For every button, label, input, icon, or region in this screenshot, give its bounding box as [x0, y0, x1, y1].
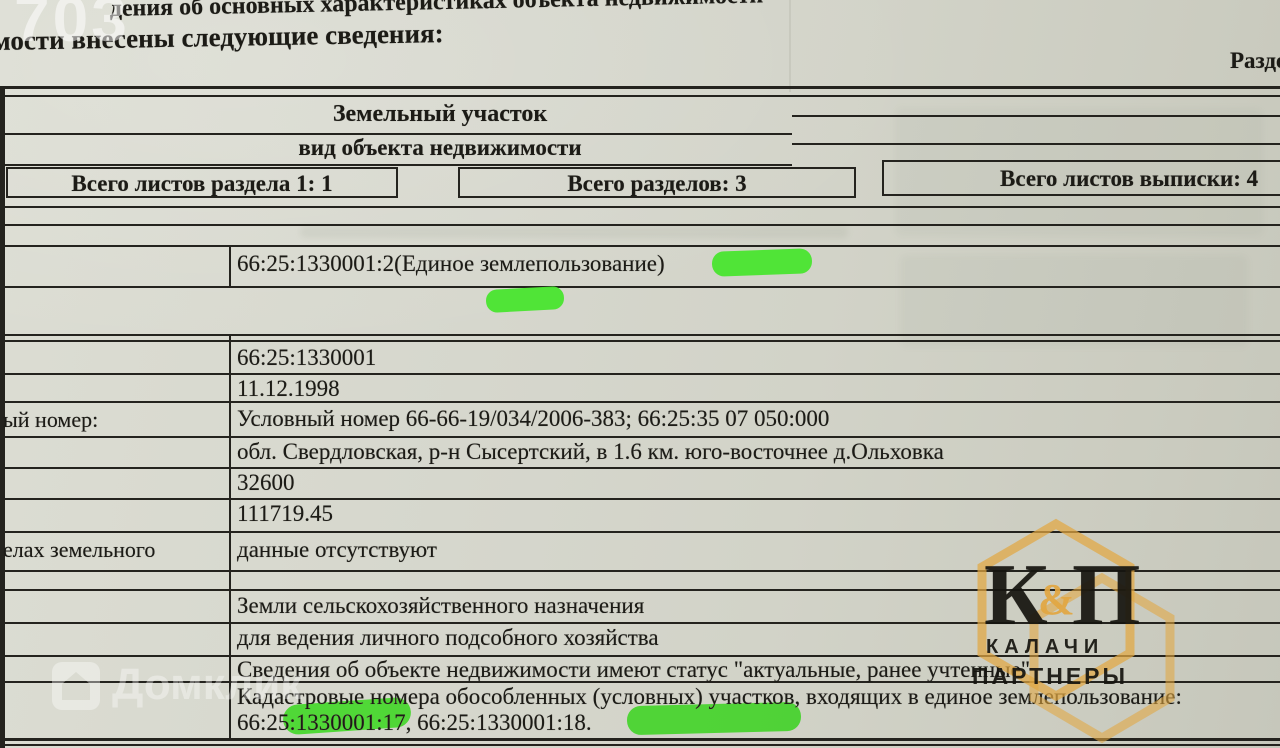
object-kind: Земельный участок — [0, 101, 880, 129]
table-rule — [0, 224, 1280, 226]
kp-logo-name-line2: ПАРТНЕРЫ — [972, 665, 1128, 688]
table-rule — [0, 340, 1280, 342]
land-category-value: Земли сельскохозяйственного назначения — [237, 593, 644, 619]
previous-number-label: ый номер: — [3, 407, 98, 432]
ink-bleed-smudge — [300, 226, 848, 238]
objects-within-label: елах земельного — [3, 537, 155, 562]
table-rule — [0, 436, 1280, 438]
previous-number-value: Условный номер 66-66-19/034/2006-383; 66… — [237, 406, 829, 432]
table-rule — [0, 334, 1280, 336]
address-value: обл. Свердловская, р-н Сысертский, в 1.6… — [237, 439, 944, 465]
objects-within-value: данные отсутствуют — [237, 537, 437, 563]
table-rule — [0, 95, 1280, 97]
cadastral-cost-value: 111719.45 — [237, 501, 333, 527]
kp-logo-name-line1: КАЛАЧИ — [986, 637, 1104, 657]
cadastral-number-value: 66:25:1330001:2(Единое землепользование) — [237, 251, 665, 277]
section-sheets-label: Всего листов раздела 1: 1 — [6, 171, 398, 197]
sections-total-label: Всего разделов: 3 — [458, 171, 856, 197]
table-rule — [0, 164, 792, 166]
section-label: Разде — [1230, 48, 1280, 74]
quarter-number-value: 66:25:1330001 — [237, 345, 376, 371]
table-rule — [0, 86, 1280, 89]
area-value: 32600 — [237, 470, 295, 496]
table-rule — [0, 286, 1280, 288]
table-rule — [0, 206, 1280, 208]
page-fold-crease — [789, 0, 791, 92]
table-rule — [0, 373, 1280, 375]
kp-logo-ampersand: & — [1038, 578, 1075, 622]
extract-sheets-label: Всего листов выписки: 4 — [1000, 166, 1258, 192]
table-rule — [0, 401, 1280, 403]
status-value: Сведения об объекте недвижимости имеют с… — [237, 657, 1030, 683]
table-rule — [0, 498, 1280, 500]
page-number-watermark: 703 — [14, 0, 130, 56]
kp-logo-letter-p: П — [1072, 552, 1140, 640]
domclick-house-icon — [50, 660, 102, 712]
label-column-divider — [229, 245, 231, 288]
highlight-marker — [627, 702, 802, 736]
domclick-watermark-label: Домклик — [112, 660, 302, 710]
registration-date-value: 11.12.1998 — [237, 376, 340, 402]
highlight-marker — [485, 286, 564, 313]
highlight-marker — [712, 248, 813, 276]
table-rule — [0, 467, 1280, 469]
object-kind-caption: вид объекта недвижимости — [0, 135, 880, 161]
table-rule — [0, 245, 1280, 247]
permitted-use-value: для ведения личного подсобного хозяйства — [237, 625, 659, 651]
